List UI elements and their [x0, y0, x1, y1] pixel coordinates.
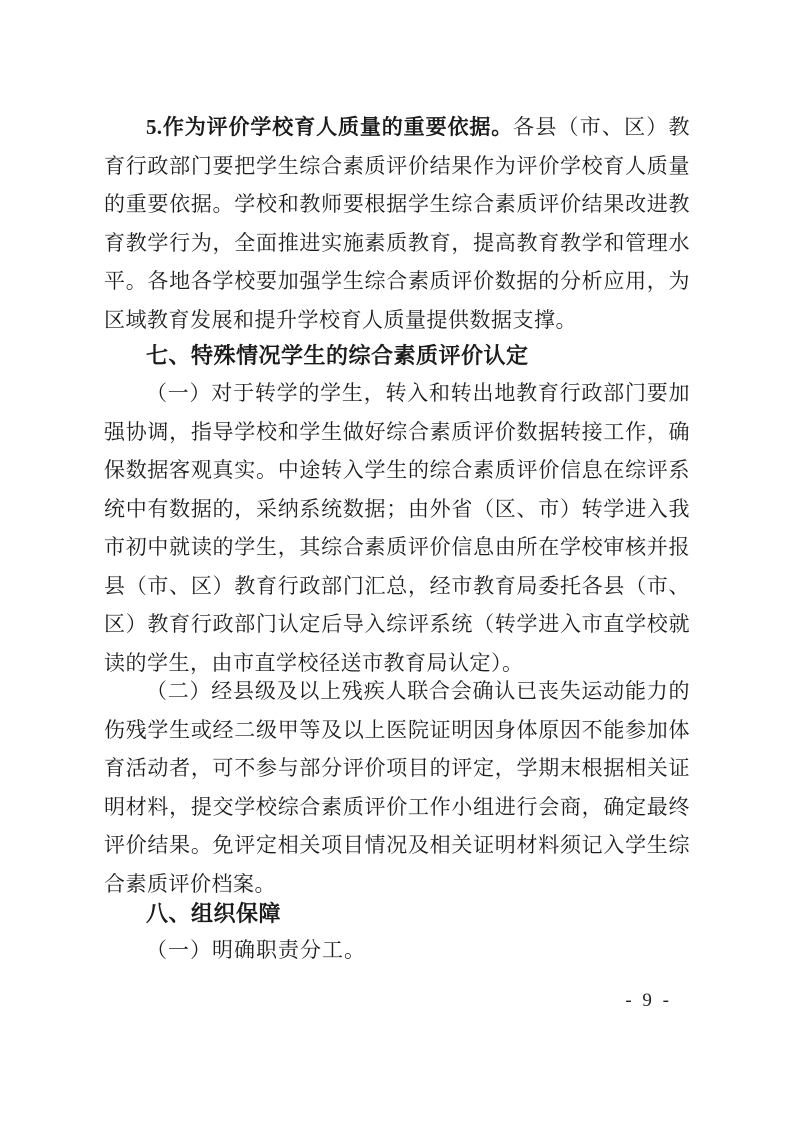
section-8-heading: 八、组织保障 — [104, 895, 690, 934]
section-7-item-1: （一）对于转学的学生，转入和转出地教育行政部门要加强协调，指导学校和学生做好综合… — [104, 374, 690, 682]
paragraph-body-text: 各县（市、区）教育行政部门要把学生综合素质评价结果作为评价学校育人质量的重要依据… — [104, 115, 690, 332]
section-7-item-2: （二）经县级及以上残疾人联合会确认已丧失运动能力的伤残学生或经二级甲等及以上医院… — [104, 672, 690, 903]
document-page: 5.作为评价学校育人质量的重要依据。各县（市、区）教育行政部门要把学生综合素质评… — [0, 0, 793, 1121]
paragraph-lead-bold: 5.作为评价学校育人质量的重要依据。 — [146, 115, 513, 139]
section-7-heading: 七、特殊情况学生的综合素质评价认定 — [104, 337, 690, 376]
section-8-item-1: （一）明确职责分工。 — [104, 931, 690, 970]
page-number: - 9 - — [625, 990, 672, 1012]
paragraph-evaluation-basis: 5.作为评价学校育人质量的重要依据。各县（市、区）教育行政部门要把学生综合素质评… — [104, 108, 690, 339]
